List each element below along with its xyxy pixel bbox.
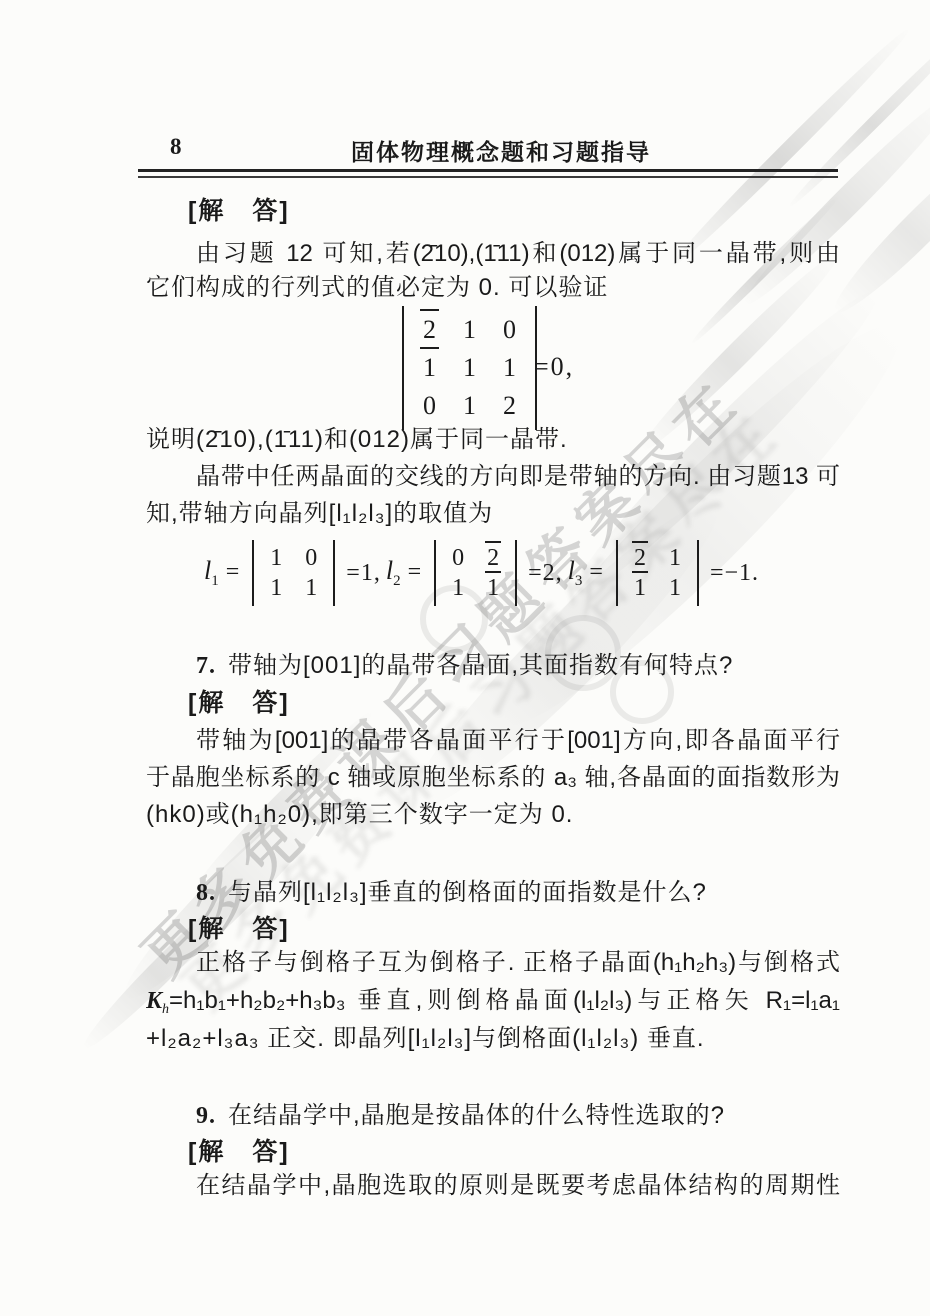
matrix-cell: 2: [417, 311, 442, 349]
l-equations: l1= 10 11 =1, l2= 02 11 =2, l3= 21 11 =−…: [204, 536, 764, 610]
matrix-cell: 1: [417, 349, 442, 387]
q6-answer-para1-line1: 由习题 12 可知,若(2̄10),(1̄11)和(012)属于同一晶带,则由: [146, 238, 840, 272]
determinant-3x3-body: 2 1 0 1 1 1 0 1 2: [402, 306, 537, 430]
matrix-cell: 1: [629, 573, 651, 603]
book-title: 固体物理概念题和习题指导: [146, 134, 840, 167]
answer-label-q8: [解 答]: [188, 914, 882, 945]
q6-answer-para3-line1: 晶带中任两晶面的交线的方向即是带轴的方向. 由习题13 可: [146, 461, 840, 495]
q8-answer-line3: +l₂a₂+l₃a₃ 正交. 即晶列[l₁l₂l₃]与倒格面(l₁l₂l₃) 垂…: [146, 1023, 840, 1054]
equals-sign: =: [589, 559, 603, 585]
answer-label-q9: [解 答]: [188, 1137, 882, 1168]
q8-answer-line1: 正格子与倒格子互为倒格子. 正格子晶面(h₁h₂h₃)与倒格式: [146, 947, 840, 981]
scan-smear: [784, 20, 930, 212]
matrix-row: 11: [265, 573, 322, 603]
matrix-cell: 1: [457, 311, 482, 349]
l2-result: =2,: [528, 560, 563, 587]
matrix-row: 0 1 2: [417, 387, 522, 425]
l2-lhs: l2=: [386, 556, 428, 590]
q6-answer-para3-line2: 知,带轴方向晶列[l₁l₂l₃]的取值为: [146, 498, 840, 529]
subscript: 2: [393, 573, 401, 589]
question-9: 9.在结晶学中,晶胞是按晶体的什么特性选取的?: [146, 1100, 840, 1132]
matrix-row: 11: [447, 573, 504, 603]
question-9-number: 9.: [196, 1103, 216, 1129]
subscript: 3: [575, 573, 583, 589]
matrix-row: 02: [447, 543, 504, 573]
q7-answer-line2: 于晶胞坐标系的 c 轴或原胞坐标系的 a₃ 轴,各晶面的面指数形为: [146, 762, 840, 796]
answer-label-q6: [解 答]: [188, 196, 882, 227]
matrix-cell: 1: [482, 573, 504, 603]
matrix-cell: 0: [447, 543, 469, 573]
q6-answer-para2: 说明(2̄10),(1̄11)和(012)属于同一晶带.: [146, 424, 840, 455]
variable-l: l: [568, 556, 575, 585]
question-9-text: 在结晶学中,晶胞是按晶体的什么特性选取的?: [228, 1102, 725, 1129]
scanned-book-page: 更多免费课后习题答案尽在 更多免费课后习题答案尽在 8 固体物理概念题和习题指导…: [0, 0, 930, 1316]
matrix-row: 2 1 0: [417, 311, 522, 349]
question-7: 7.带轴为[001]的晶带各晶面,其面指数有何特点?: [146, 650, 840, 682]
equals-sign: =: [408, 559, 422, 585]
matrix-row: 1 1 1: [417, 349, 522, 387]
answer-label-q7: [解 答]: [188, 688, 882, 719]
question-7-text: 带轴为[001]的晶带各晶面,其面指数有何特点?: [228, 652, 733, 679]
determinant-result: =0,: [534, 352, 574, 382]
matrix-cell: 0: [300, 543, 322, 573]
l3-lhs: l3=: [568, 556, 610, 590]
matrix-row: 11: [629, 573, 686, 603]
question-8-text: 与晶列[l₁l₂l₃]垂直的倒格面的面指数是什么?: [228, 879, 707, 906]
q7-answer-line1: 带轴为[001]的晶带各晶面平行于[001]方向,即各晶面平行: [146, 725, 840, 759]
subscript: 1: [211, 573, 219, 589]
determinant-2x2-l3: 21 11: [616, 540, 699, 606]
vector-K: K: [146, 988, 162, 1014]
determinant-2x2-l1: 10 11: [252, 540, 335, 606]
q8-answer-line2-rest: =h₁b₁+h₂b₂+h₃b₃ 垂直,则倒格晶面(l₁l₂l₃)与正格矢 R₁=…: [169, 987, 840, 1014]
l1-lhs: l1=: [204, 556, 246, 590]
matrix-row: 10: [265, 543, 322, 573]
vector-K-subscript: h: [162, 1002, 169, 1017]
q7-answer-line3: (hk0)或(h₁h₂0),即第三个数字一定为 0.: [146, 799, 840, 830]
matrix-cell: 1: [457, 387, 482, 425]
q8-answer-line2: Kh=h₁b₁+h₂b₂+h₃b₃ 垂直,则倒格晶面(l₁l₂l₃)与正格矢 R…: [146, 985, 840, 1019]
matrix-cell: 1: [664, 543, 686, 573]
matrix-cell: 1: [265, 543, 287, 573]
q6-answer-para1-line2: 它们构成的行列式的值必定为 0. 可以验证: [146, 272, 840, 303]
question-7-number: 7.: [196, 653, 216, 679]
header-rule-bottom: [138, 176, 838, 178]
l1-result: =1,: [346, 560, 381, 587]
l3-result: =−1.: [710, 560, 759, 587]
matrix-cell: 2: [482, 543, 504, 573]
matrix-cell: 1: [457, 349, 482, 387]
determinant-2x2-l2: 02 11: [434, 540, 517, 606]
matrix-cell: 2: [629, 543, 651, 573]
q9-answer-line1: 在结晶学中,晶胞选取的原则是既要考虑晶体结构的周期性: [146, 1170, 840, 1204]
matrix-cell: 2: [497, 387, 522, 425]
variable-l: l: [386, 556, 393, 585]
matrix-cell: 0: [497, 311, 522, 349]
question-8: 8.与晶列[l₁l₂l₃]垂直的倒格面的面指数是什么?: [146, 877, 840, 909]
equals-sign: =: [226, 559, 240, 585]
matrix-cell: 1: [664, 573, 686, 603]
determinant-3x3: 2 1 0 1 1 1 0 1 2: [402, 306, 537, 430]
question-8-number: 8.: [196, 880, 216, 906]
matrix-cell: 1: [447, 573, 469, 603]
matrix-cell: 1: [265, 573, 287, 603]
matrix-cell: 1: [497, 349, 522, 387]
matrix-cell: 0: [417, 387, 442, 425]
header-rule-top: [138, 169, 838, 172]
matrix-row: 21: [629, 543, 686, 573]
matrix-cell: 1: [300, 573, 322, 603]
